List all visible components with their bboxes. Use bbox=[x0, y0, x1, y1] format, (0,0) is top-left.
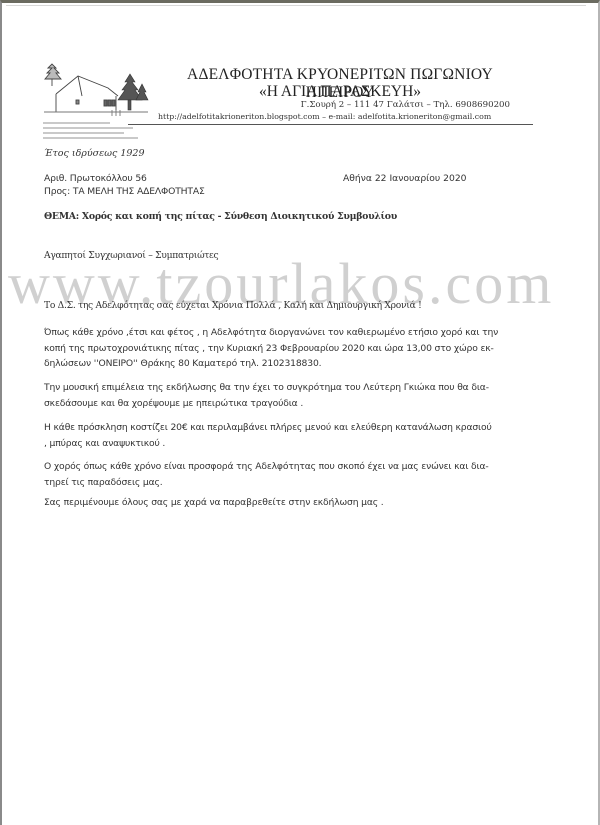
paragraph-line: κοπή της πρωτοχρονιάτικης πίτας , την Κυ… bbox=[44, 341, 498, 357]
paragraph-greeting: Το Δ.Σ. της Αδελφότητας σας εύχεται Χρόν… bbox=[44, 300, 422, 311]
contact-separator: – bbox=[320, 112, 329, 121]
organization-subtitle: «Η ΑΓΙΑ ΠΑΡΑΣΚΕΥΗ» bbox=[170, 83, 510, 101]
paragraph-event: Όπως κάθε χρόνο ,έτσι και φέτος , η Αδελ… bbox=[44, 325, 498, 372]
paragraph-closing: Σας περιμένουμε όλους σας με χαρά να παρ… bbox=[44, 497, 384, 508]
paragraph-line: σκεδάσουμε και θα χορέψουμε με ηπειρώτικ… bbox=[44, 396, 489, 412]
email-link[interactable]: adelfotita.krioneriton@gmail.com bbox=[358, 112, 491, 121]
paragraph-line: δηλώσεων ''ΟΝΕΙΡΟ'' Θράκης 80 Καματερό τ… bbox=[44, 356, 498, 372]
salutation: Αγαπητοί Συγχωριανοί – Συμπατριώτες bbox=[44, 250, 218, 261]
organization-contact: http://adelfotitakrioneriton.blogspot.co… bbox=[158, 112, 518, 121]
logo-caption-lines bbox=[43, 122, 138, 142]
paragraph-line: Όπως κάθε χρόνο ,έτσι και φέτος , η Αδελ… bbox=[44, 325, 498, 341]
subject-line: ΘΕΜΑ: Χορός και κοπή της πίτας - Σύνθεση… bbox=[44, 211, 397, 222]
paragraph-price: Η κάθε πρόσκληση κοστίζει 20€ και περιλα… bbox=[44, 420, 492, 451]
paragraph-line: , μπύρας και αναψυκτικού . bbox=[44, 436, 492, 452]
paragraph-line: Ο χορός όπως κάθε χρόνο είναι προσφορά τ… bbox=[44, 459, 489, 475]
recipient: Προς: ΤΑ ΜΕΛΗ ΤΗΣ ΑΔΕΛΦΟΤΗΤΑΣ bbox=[44, 186, 205, 197]
paragraph-tradition: Ο χορός όπως κάθε χρόνο είναι προσφορά τ… bbox=[44, 459, 489, 490]
paragraph-music: Την μουσική επιμέλεια της εκδήλωσης θα τ… bbox=[44, 380, 489, 411]
village-house-logo-icon bbox=[42, 62, 150, 120]
paragraph-line: Το Δ.Σ. της Αδελφότητας σας εύχεται Χρόν… bbox=[44, 300, 422, 311]
protocol-number: Αριθ. Πρωτοκόλλου 56 bbox=[44, 173, 147, 184]
paragraph-line: τηρεί τις παραδόσεις μας. bbox=[44, 475, 489, 491]
founded-year: Έτος ιδρύσεως 1929 bbox=[44, 148, 145, 159]
paragraph-line: Την μουσική επιμέλεια της εκδήλωσης θα τ… bbox=[44, 380, 489, 396]
header-divider bbox=[128, 124, 533, 125]
organization-address: Γ.Σουρή 2 – 111 47 Γαλάτσι – Τηλ. 690869… bbox=[230, 100, 510, 110]
scan-artifact-line bbox=[6, 5, 586, 6]
email-label: e-mail: bbox=[329, 112, 356, 121]
letter-date: Αθήνα 22 Ιανουαρίου 2020 bbox=[343, 173, 467, 184]
paragraph-line: Σας περιμένουμε όλους σας με χαρά να παρ… bbox=[44, 497, 384, 508]
website-link[interactable]: http://adelfotitakrioneriton.blogspot.co… bbox=[158, 112, 320, 121]
paragraph-line: Η κάθε πρόσκληση κοστίζει 20€ και περιλα… bbox=[44, 420, 492, 436]
